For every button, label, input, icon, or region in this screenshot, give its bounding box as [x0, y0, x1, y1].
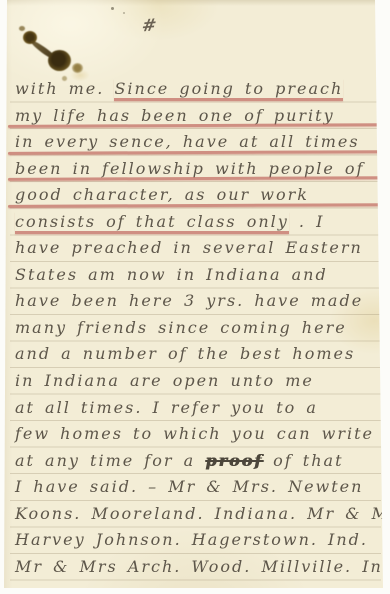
handwritten-line: Harvey Johnson. Hagerstown. Ind.	[15, 527, 379, 554]
handwritten-line: many friends since coming here	[15, 315, 379, 342]
stain-blob	[72, 63, 83, 73]
text-segment: been in fellowship with people of	[15, 159, 364, 178]
letter-paper: # with me. Since going to preachmy life …	[0, 0, 390, 594]
text-segment: Koons. Mooreland. Indiana. Mr & Mrs	[15, 504, 390, 523]
text-segment: of that	[263, 451, 343, 470]
handwritten-line: I have said. – Mr & Mrs. Newten	[15, 474, 379, 501]
text-segment: good character, as our work	[15, 185, 309, 204]
underlined-text: consists of that class only	[15, 212, 289, 234]
handwritten-line: at any time for a proof of that	[15, 448, 379, 475]
page-number-mark: #	[141, 16, 156, 37]
text-segment: with me.	[15, 79, 114, 98]
text-segment: Harvey Johnson. Hagerstown. Ind.	[15, 530, 368, 549]
text-segment: many friends since coming here	[15, 318, 347, 337]
text-segment: at any time for a	[15, 451, 205, 470]
handwritten-line: and a number of the best homes	[15, 341, 379, 368]
handwritten-line: States am now in Indiana and	[15, 262, 379, 289]
handwritten-line: Mr & Mrs Arch. Wood. Millville. Ind.	[15, 554, 379, 581]
text-segment: my life has been one of purity	[15, 106, 335, 125]
handwritten-line: Koons. Mooreland. Indiana. Mr & Mrs	[15, 501, 379, 528]
text-segment: in Indiana are open unto me	[15, 371, 314, 390]
stain-dot	[19, 26, 25, 31]
text-segment: I have said. – Mr & Mrs. Newten	[15, 477, 363, 496]
handwritten-line: good character, as our work	[15, 182, 379, 209]
text-segment: have preached in several Eastern	[15, 238, 363, 257]
handwritten-line: in every sence, have at all times	[15, 129, 379, 156]
text-segment: at all times. I refer you to a	[15, 398, 318, 417]
handwritten-line: few homes to which you can write	[15, 421, 379, 448]
handwritten-line: at all times. I refer you to a	[15, 395, 379, 422]
handwritten-line: have preached in several Eastern	[15, 235, 379, 262]
stain-blob	[48, 50, 71, 71]
text-segment: Mr & Mrs Arch. Wood. Millville. Ind.	[15, 557, 390, 576]
handwritten-line: in Indiana are open unto me	[15, 368, 379, 395]
text-segment: and a number of the best homes	[15, 344, 355, 363]
text-segment: States am now in Indiana and	[15, 265, 328, 284]
paper-speck	[123, 12, 125, 14]
letter-body: with me. Since going to preachmy life ha…	[15, 76, 379, 580]
text-segment: . I	[289, 212, 325, 231]
handwritten-line: consists of that class only . I	[15, 209, 379, 236]
handwritten-line: my life has been one of purity	[15, 103, 379, 130]
text-segment: few homes to which you can write	[15, 424, 374, 443]
handwritten-line: have been here 3 yrs. have made	[15, 288, 379, 315]
handwritten-line: been in fellowship with people of	[15, 156, 379, 183]
underlined-text: Since going to preach	[114, 79, 343, 101]
paper-speck	[111, 7, 114, 10]
text-segment: in every sence, have at all times	[15, 132, 360, 151]
handwritten-line: with me. Since going to preach	[15, 76, 379, 103]
scribbled-word: proof	[205, 451, 263, 470]
text-segment: have been here 3 yrs. have made	[15, 291, 363, 310]
